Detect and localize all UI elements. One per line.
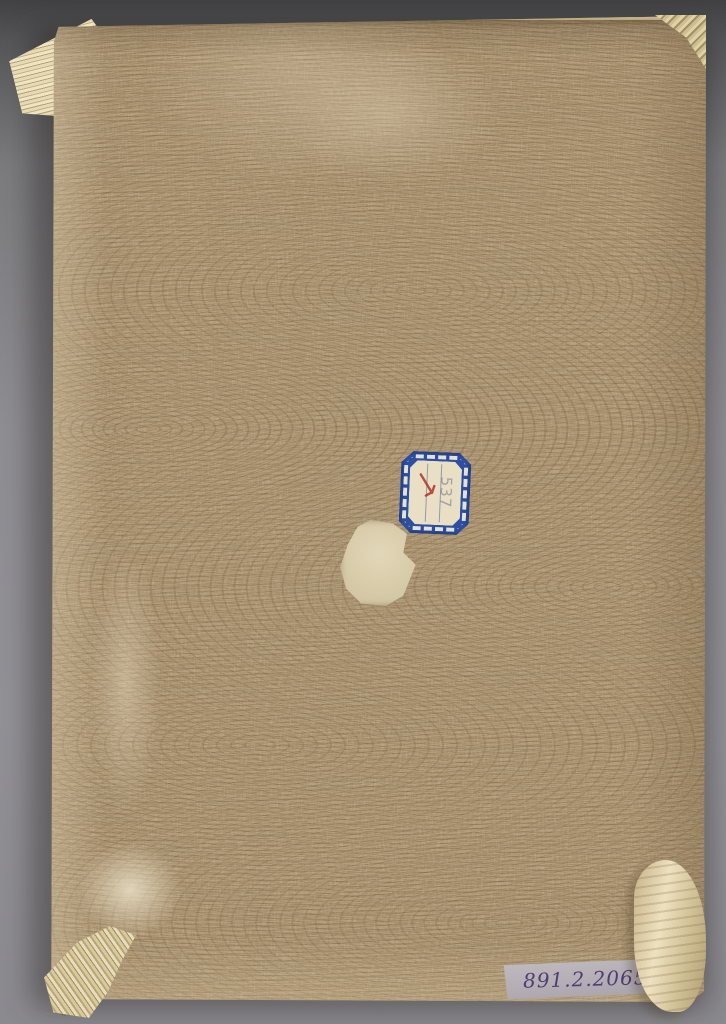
cover-top-edge-highlight [50, 14, 706, 20]
label-faint-number: 537 [437, 476, 456, 508]
book-cover [50, 14, 706, 1002]
photograph: 537 891.2.2065 [0, 0, 726, 1024]
call-number: 891.2.2065 [522, 965, 647, 992]
label-face: 537 [408, 460, 463, 526]
cover-shading [50, 14, 706, 1002]
shelf-label: 537 [398, 451, 472, 536]
